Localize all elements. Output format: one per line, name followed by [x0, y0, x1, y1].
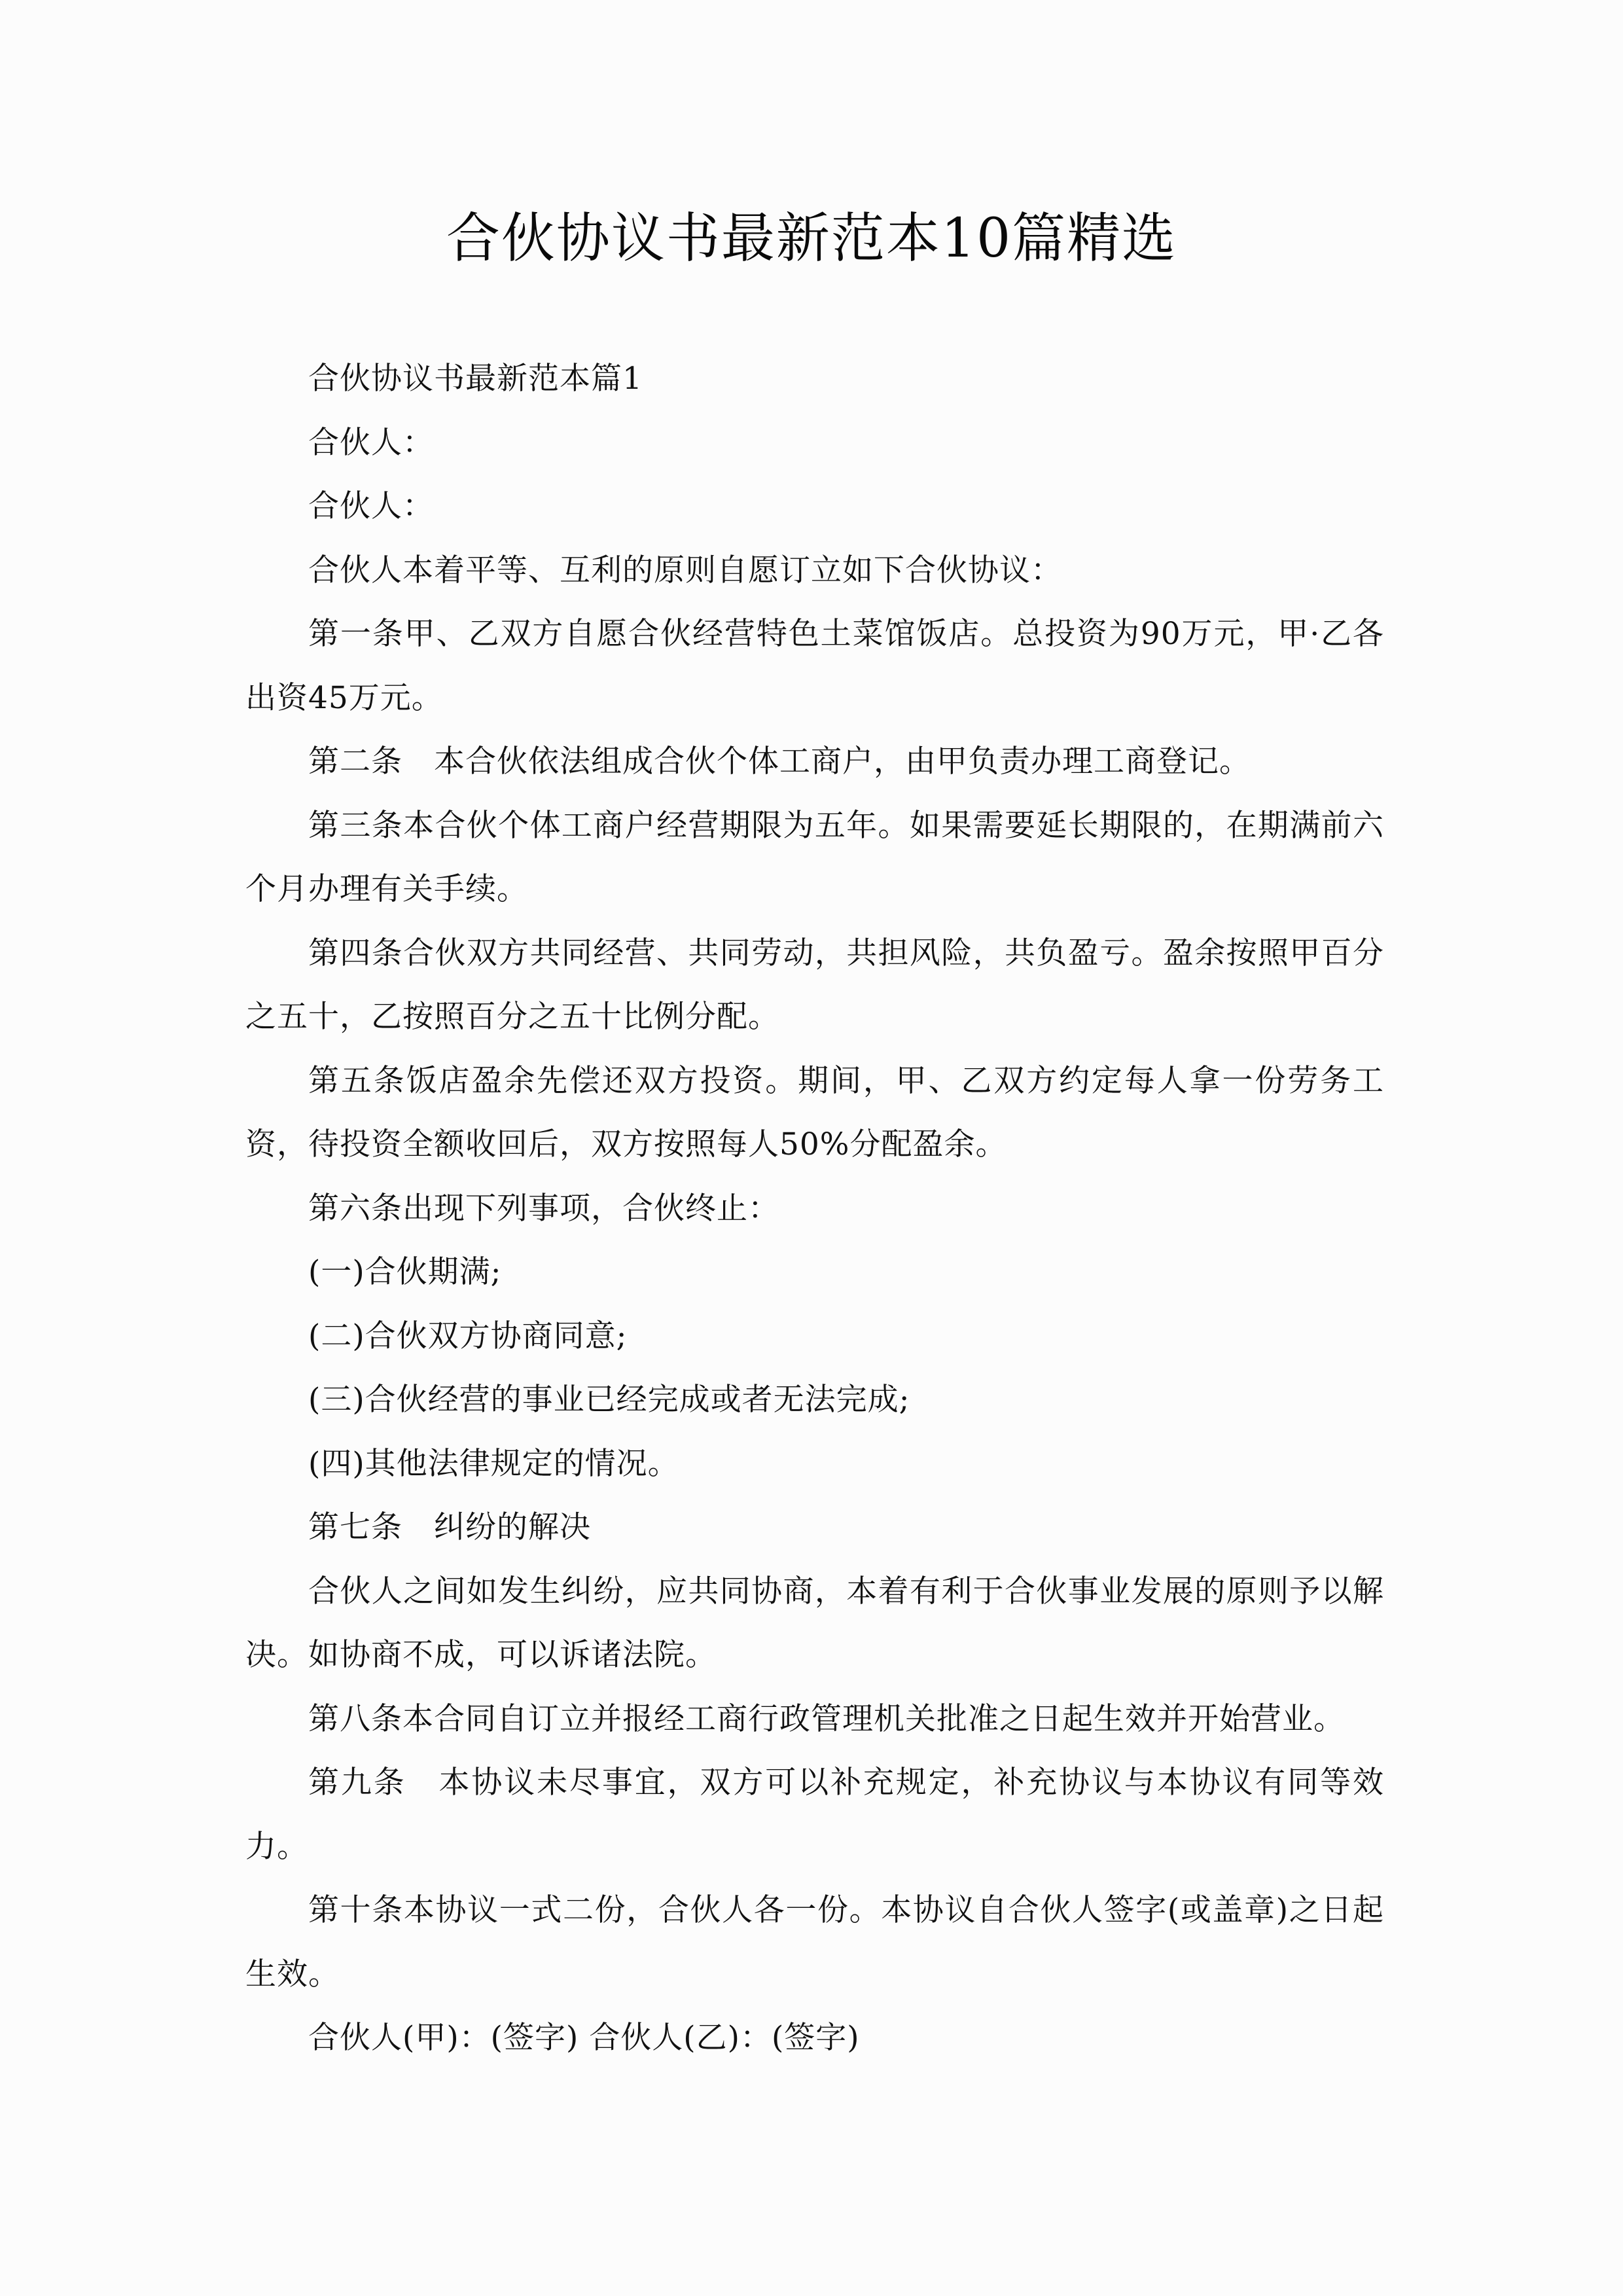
article-7-heading: 第七条 纠纷的解决 — [245, 1496, 1384, 1560]
article-7-body: 合伙人之间如发生纠纷，应共同协商，本着有利于合伙事业发展的原则予以解决。如协商不… — [245, 1560, 1384, 1687]
document-title: 合伙协议书最新范本10篇精选 — [0, 196, 1623, 281]
article-4: 第四条合伙双方共同经营、共同劳动，共担风险，共负盈亏。盈余按照甲百分之五十，乙按… — [245, 922, 1384, 1049]
article-10: 第十条本协议一式二份，合伙人各一份。本协议自合伙人签字(或盖章)之日起生效。 — [245, 1878, 1384, 2006]
termination-item-2: (二)合伙双方协商同意; — [245, 1304, 1384, 1369]
document-page: 合伙协议书最新范本10篇精选 合伙协议书最新范本篇1 合伙人： 合伙人： 合伙人… — [0, 0, 1623, 2296]
article-6: 第六条出现下列事项，合伙终止： — [245, 1177, 1384, 1241]
article-1: 第一条甲、乙双方自愿合伙经营特色土菜馆饭店。总投资为90万元，甲·乙各出资45万… — [245, 602, 1384, 730]
termination-item-1: (一)合伙期满; — [245, 1240, 1384, 1304]
article-5: 第五条饭店盈余先偿还双方投资。期间，甲、乙双方约定每人拿一份劳务工资，待投资全额… — [245, 1049, 1384, 1177]
signature-line: 合伙人(甲)：(签字) 合伙人(乙)：(签字) — [245, 2006, 1384, 2070]
article-2: 第二条 本合伙依法组成合伙个体工商户，由甲负责办理工商登记。 — [245, 730, 1384, 794]
article-9: 第九条 本协议未尽事宜，双方可以补充规定，补充协议与本协议有同等效力。 — [245, 1751, 1384, 1878]
termination-item-3: (三)合伙经营的事业已经完成或者无法完成; — [245, 1368, 1384, 1432]
section-heading-1: 合伙协议书最新范本篇1 — [245, 347, 1384, 411]
partner-line-1: 合伙人： — [245, 411, 1384, 475]
preamble: 合伙人本着平等、互利的原则自愿订立如下合伙协议： — [245, 539, 1384, 603]
document-body: 合伙协议书最新范本篇1 合伙人： 合伙人： 合伙人本着平等、互利的原则自愿订立如… — [245, 347, 1384, 2070]
article-3: 第三条本合伙个体工商户经营期限为五年。如果需要延长期限的，在期满前六个月办理有关… — [245, 794, 1384, 922]
article-8: 第八条本合同自订立并报经工商行政管理机关批准之日起生效并开始营业。 — [245, 1687, 1384, 1751]
termination-item-4: (四)其他法律规定的情况。 — [245, 1432, 1384, 1496]
partner-line-2: 合伙人： — [245, 475, 1384, 539]
